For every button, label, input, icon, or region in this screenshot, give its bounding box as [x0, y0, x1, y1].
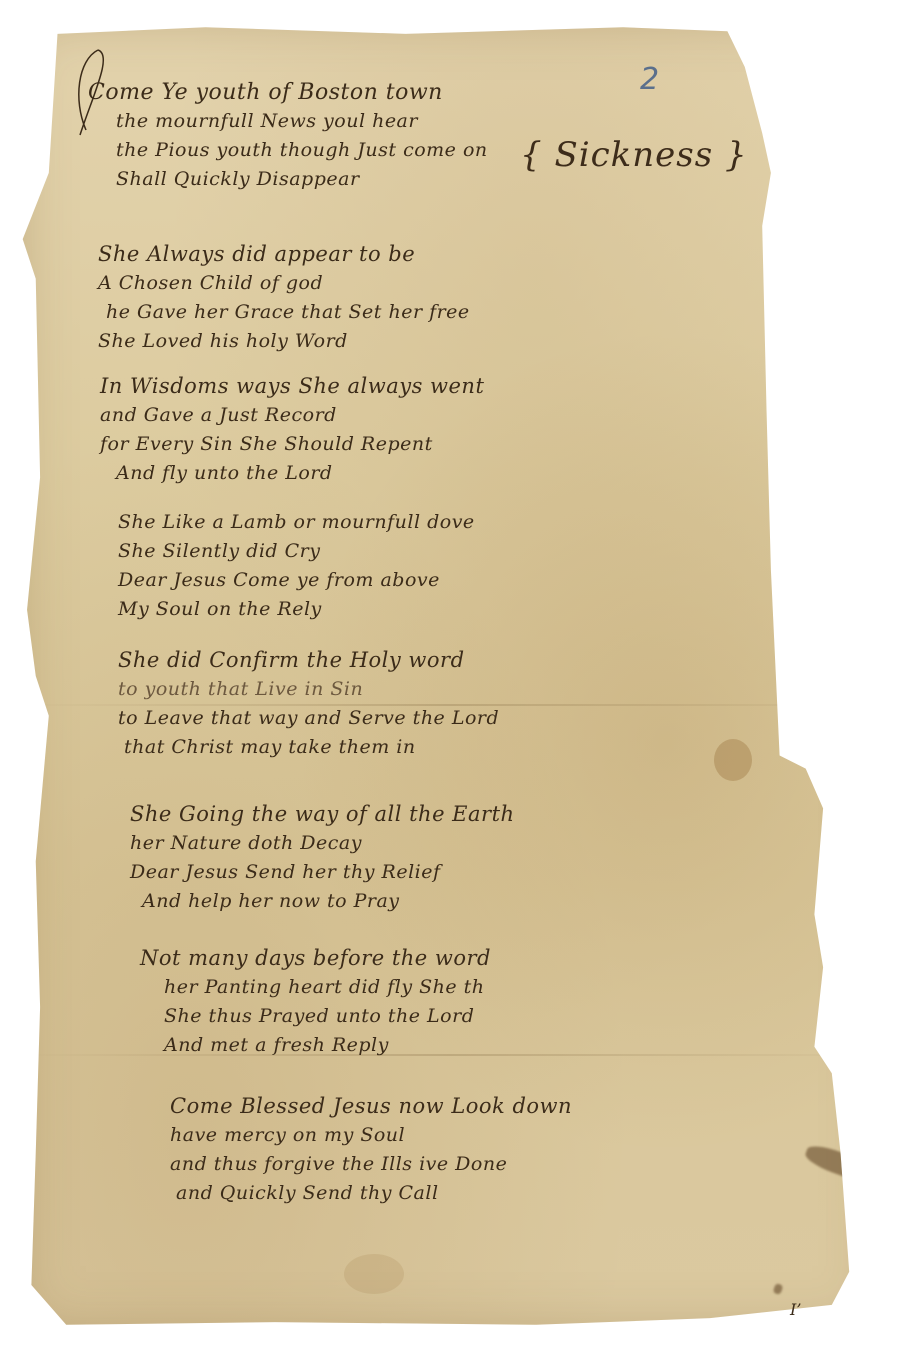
poem-line: She Like a Lamb or mournfull dove — [118, 508, 475, 537]
poem-line: and Quickly Send thy Call — [170, 1179, 572, 1208]
poem-line: her Nature doth Decay — [130, 829, 515, 858]
poem-line: And met a fresh Reply — [140, 1031, 491, 1060]
poem-line: In Wisdoms ways She always went — [100, 372, 484, 401]
stanza-1: Come Ye youth of Boston town the mournfu… — [88, 78, 488, 194]
poem-text: 2 { Sickness } Come Ye youth of Boston t… — [0, 0, 900, 1352]
poem-line: that Christ may take them in — [118, 733, 499, 762]
poem-line: And fly unto the Lord — [100, 459, 484, 488]
poem-line: My Soul on the Rely — [118, 595, 475, 624]
poem-line: Dear Jesus Come ye from above — [118, 566, 475, 595]
stanza-6: She Going the way of all the Earth her N… — [130, 800, 515, 916]
stanza-7: Not many days before the word her Pantin… — [140, 944, 491, 1060]
poem-line: She thus Prayed unto the Lord — [140, 1002, 491, 1031]
poem-line: and Gave a Just Record — [100, 401, 484, 430]
poem-line: A Chosen Child of god — [98, 269, 470, 298]
poem-line: for Every Sin She Should Repent — [100, 430, 484, 459]
stanza-5: She did Confirm the Holy word to youth t… — [118, 646, 499, 762]
poem-line: Shall Quickly Disappear — [88, 165, 488, 194]
poem-line: And help her now to Pray — [130, 887, 515, 916]
poem-line: Come Ye youth of Boston town — [88, 78, 488, 107]
page-number: 2 — [640, 62, 659, 97]
stanza-8: Come Blessed Jesus now Look down have me… — [170, 1092, 572, 1208]
poem-line: the Pious youth though Just come on — [88, 136, 488, 165]
stanza-2: She Always did appear to be A Chosen Chi… — [98, 240, 470, 356]
poem-line: Come Blessed Jesus now Look down — [170, 1092, 572, 1121]
poem-line: She did Confirm the Holy word — [118, 646, 499, 675]
poem-line: her Panting heart did fly She th — [140, 973, 491, 1002]
poem-line: Not many days before the word — [140, 944, 491, 973]
poem-line: She Silently did Cry — [118, 537, 475, 566]
corner-mark: I’ — [790, 1300, 801, 1319]
poem-line: have mercy on my Soul — [170, 1121, 572, 1150]
poem-line: She Loved his holy Word — [98, 327, 470, 356]
poem-line: and thus forgive the Ills ive Done — [170, 1150, 572, 1179]
poem-line: to Leave that way and Serve the Lord — [118, 704, 499, 733]
poem-line: the mournfull News youl hear — [88, 107, 488, 136]
stanza-3: In Wisdoms ways She always went and Gave… — [100, 372, 484, 488]
stanza-4: She Like a Lamb or mournfull dove She Si… — [118, 508, 475, 624]
document-title: { Sickness } — [520, 135, 748, 175]
poem-line: Dear Jesus Send her thy Relief — [130, 858, 515, 887]
poem-line: She Always did appear to be — [98, 240, 470, 269]
poem-line: he Gave her Grace that Set her free — [98, 298, 470, 327]
poem-line: She Going the way of all the Earth — [130, 800, 515, 829]
poem-line: to youth that Live in Sin — [118, 675, 499, 704]
